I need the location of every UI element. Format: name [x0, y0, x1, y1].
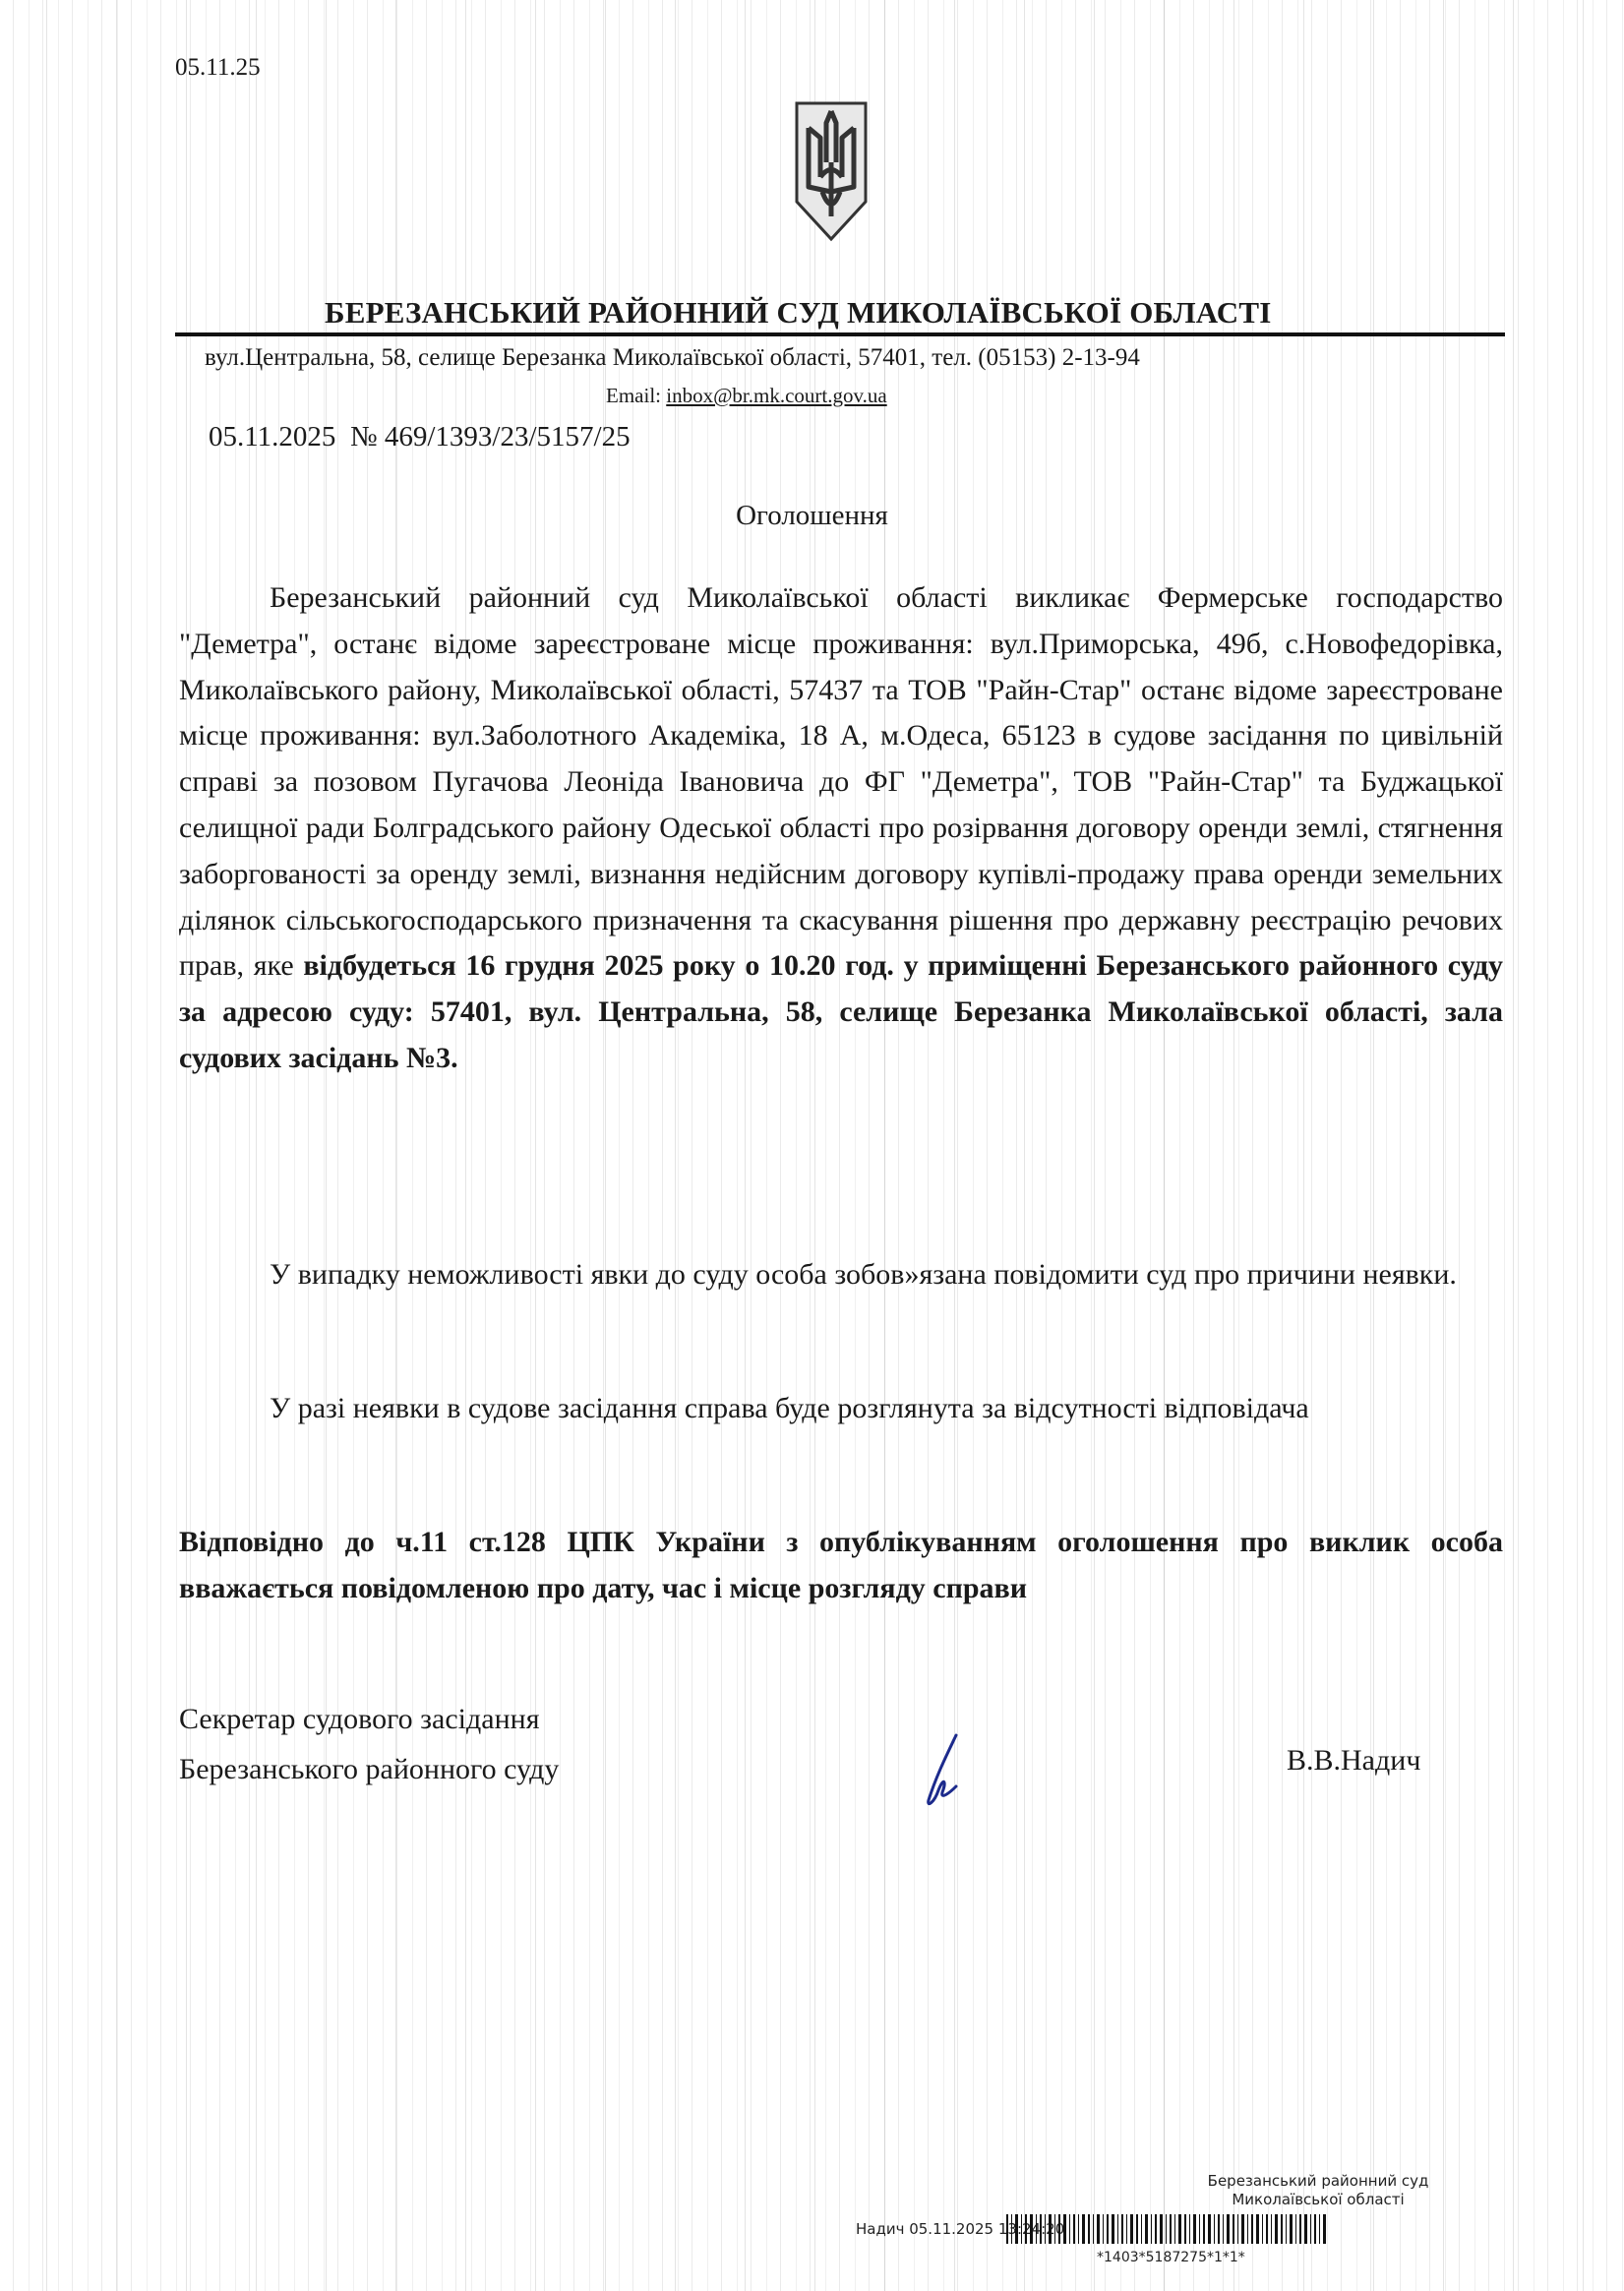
document-heading: Оголошення	[0, 500, 1624, 532]
email-label: Email:	[606, 384, 666, 407]
barcode-icon	[1006, 2214, 1327, 2244]
summons-text: Березанський районний суд Миколаївської …	[179, 581, 1503, 982]
stamp-org-line-1: Березанський районний суд	[1161, 2172, 1475, 2191]
header-rule	[175, 332, 1505, 336]
summons-paragraph: Березанський районний суд Миколаївської …	[179, 575, 1503, 1082]
court-address: вул.Центральна, 58, селище Березанка Мик…	[205, 344, 1140, 372]
corner-date: 05.11.25	[175, 54, 261, 82]
email-link[interactable]: inbox@br.mk.court.gov.ua	[666, 384, 886, 407]
court-title: БЕРЕЗАНСЬКИЙ РАЙОННИЙ СУД МИКОЛАЇВСЬКОЇ …	[325, 295, 1357, 331]
signatory-line-2: Березанського районного суду	[179, 1744, 559, 1794]
signatory-line-1: Секретар судового засідання	[179, 1694, 559, 1744]
hearing-details: відбудеться 16 грудня 2025 року о 10.20 …	[179, 949, 1503, 1074]
signatory-title: Секретар судового засідання Березанськог…	[179, 1694, 559, 1794]
default-hearing-paragraph: У разі неявки в судове засідання справа …	[179, 1386, 1503, 1432]
signature-icon	[917, 1731, 976, 1810]
barcode-number: *1403*5187275*1*1*	[1097, 2250, 1245, 2265]
legal-basis-paragraph: Відповідно до ч.11 ст.128 ЦПК України з …	[179, 1520, 1503, 1612]
coat-of-arms-icon	[793, 93, 870, 243]
stamp-org-line-2: Миколаївської області	[1161, 2191, 1475, 2209]
stamp-organization: Березанський районний суд Миколаївської …	[1161, 2172, 1475, 2209]
registration-number: № 469/1393/23/5157/25	[350, 421, 631, 452]
registration-line: 05.11.2025 № 469/1393/23/5157/25	[209, 421, 631, 453]
absence-notice-paragraph: У випадку неможливості явки до суду особ…	[179, 1252, 1503, 1298]
registration-date: 05.11.2025	[209, 421, 335, 452]
signatory-name: В.В.Надич	[1287, 1744, 1420, 1778]
court-email: Email: inbox@br.mk.court.gov.ua	[606, 384, 887, 408]
